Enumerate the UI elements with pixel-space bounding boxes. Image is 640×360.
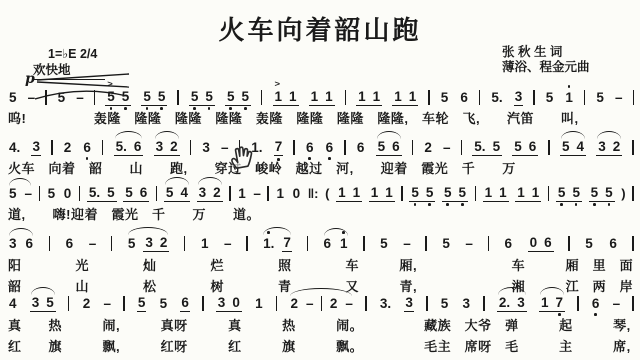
accent-mark: > — [107, 78, 113, 91]
barline — [488, 236, 489, 251]
notation-line: 5–505.55654321–10‖:(1111555511115555)道, … — [8, 183, 634, 223]
note: 2 — [159, 235, 169, 250]
note: 6 — [323, 236, 333, 251]
note: 3 — [217, 295, 227, 310]
slur-group: 532 — [127, 235, 170, 252]
note: 6 — [504, 236, 514, 251]
duration-dash: – — [345, 296, 353, 311]
barline — [633, 90, 634, 105]
barline — [632, 140, 633, 155]
barline — [345, 90, 346, 105]
note: 1 — [393, 89, 403, 104]
duration-dash: – — [443, 140, 451, 155]
note: 1 — [275, 186, 285, 201]
note: 4 — [179, 185, 189, 200]
duration-dash: – — [403, 236, 411, 251]
beam-group: 11 — [392, 89, 418, 106]
note: 5 — [240, 89, 250, 104]
beam-group: 11 — [336, 185, 362, 202]
note: 6 — [356, 140, 366, 155]
beam-group: 56 — [512, 139, 538, 156]
barline — [344, 140, 345, 155]
song-title: 火车向着韶山跑 — [0, 10, 640, 47]
barline — [49, 236, 50, 251]
note: 5 — [513, 139, 523, 154]
slur-group: 2–2– — [289, 296, 352, 311]
note: 1 — [372, 89, 382, 104]
note: 3 — [8, 236, 18, 251]
barline — [123, 296, 124, 311]
duration-dash: – — [28, 90, 36, 105]
beam-group: 55 — [442, 185, 468, 202]
note: 1 — [531, 185, 541, 200]
note: 5 — [584, 236, 594, 251]
note: 1 — [254, 296, 264, 311]
duration-dash: – — [465, 236, 473, 251]
note: 3 — [404, 295, 414, 312]
barline — [321, 296, 322, 311]
composer-credit: 薄浴、程金元曲 — [502, 60, 590, 75]
slur-group: 5– — [8, 186, 32, 201]
barline — [102, 140, 103, 155]
beam-group: 32 — [596, 139, 622, 156]
notation-row: 5–505.55654321–10‖:(1111555511115555) — [8, 183, 634, 203]
barline — [177, 90, 178, 105]
barline — [111, 236, 112, 251]
barline — [246, 236, 247, 251]
note: 7 — [282, 235, 292, 252]
note: 1 — [237, 186, 247, 201]
barline — [184, 236, 185, 251]
barline — [68, 296, 69, 311]
lyrics-line: 真 热 闹, 真呀 真 热 闹。 藏族 大爷 弹 起 琴, — [8, 317, 634, 334]
barline — [428, 90, 429, 105]
note: 6 — [608, 236, 618, 251]
barline — [202, 296, 203, 311]
note: 6 — [139, 185, 149, 200]
barline — [39, 186, 40, 201]
barline — [533, 90, 534, 105]
slur-group: 32 — [197, 185, 223, 202]
notation-line: 4.3265.6323–1.7666562–5.5565432火车 向着 韶 山… — [8, 137, 634, 177]
note: 6 — [65, 236, 75, 251]
barline — [461, 140, 462, 155]
note: 2 — [169, 139, 179, 154]
note: 1 — [288, 89, 298, 104]
note: 5. — [490, 90, 503, 105]
lyrics-line: 阳 光 灿 烂 照 车 厢, 车 厢 里 面 — [8, 257, 634, 274]
note: 5. — [473, 139, 486, 154]
note: 5 — [165, 185, 175, 200]
barline — [568, 236, 569, 251]
note: 1 — [324, 89, 334, 104]
slur-group: 35 — [30, 295, 56, 312]
slur-group: 32 — [154, 139, 180, 156]
rest-note: 0 — [63, 186, 73, 201]
beam-group: 30 — [216, 295, 242, 312]
barline — [577, 296, 578, 311]
note: 6 — [543, 235, 553, 250]
note: 1> — [274, 89, 284, 104]
note: 1 — [200, 236, 210, 251]
note: 5 — [8, 186, 18, 201]
barline — [267, 186, 268, 201]
note: 5 — [45, 295, 55, 310]
note: 6 — [25, 236, 35, 251]
note: 1 — [564, 90, 574, 105]
barline — [363, 236, 364, 251]
note: 7 — [274, 139, 284, 156]
beam-group: 55 — [589, 185, 615, 202]
note: 5 — [190, 89, 200, 104]
rest-note: 0 — [529, 235, 539, 250]
beam-group: 11 — [515, 185, 541, 202]
note: 5 — [571, 185, 581, 200]
note: 5 — [127, 236, 137, 251]
note: 5 — [561, 139, 571, 154]
dynamic-marking: p — [25, 71, 35, 87]
parenthesis: ) — [621, 186, 625, 201]
slur-group: 61 — [323, 236, 349, 251]
note: 5 — [226, 89, 236, 104]
barline — [365, 296, 366, 311]
duration-dash: – — [224, 236, 232, 251]
beam-group: 56 — [123, 185, 149, 202]
note: 2 — [63, 140, 73, 155]
beam-group: 55 — [225, 89, 251, 106]
barline — [401, 186, 402, 201]
duration-dash: – — [615, 90, 623, 105]
beam-group: 54 — [560, 139, 586, 156]
beam-group: 5.6 — [114, 139, 144, 156]
note: 7 — [554, 295, 564, 310]
barline — [475, 186, 476, 201]
note: 3 — [198, 185, 208, 200]
barline — [190, 140, 191, 155]
note: 6 — [459, 90, 469, 105]
note: 2 — [612, 139, 622, 154]
note: 5 — [443, 185, 453, 200]
note: 5 — [440, 90, 450, 105]
lyricist-credit: 张 秋 生 词 — [502, 45, 590, 60]
note: 3 — [597, 139, 607, 154]
beam-group: 55 — [556, 185, 582, 202]
note: 1 — [498, 185, 508, 200]
beam-group: 35 — [30, 295, 56, 312]
note: 5. — [115, 139, 128, 154]
note: 1 — [339, 236, 349, 251]
note: 6 — [180, 295, 190, 312]
beam-group: 54 — [164, 185, 190, 202]
slur-group: 56 — [376, 139, 402, 156]
duration-dash: – — [103, 296, 111, 311]
note: 6 — [591, 296, 601, 311]
lyrics-line: 道, 嗨!迎着 霞光 千 万 道。 — [8, 206, 634, 223]
beam-group: 32 — [154, 139, 180, 156]
note: 1 — [516, 185, 526, 200]
beam-group: 5.5 — [472, 139, 502, 156]
barline — [261, 90, 262, 105]
barline — [548, 186, 549, 201]
note: 5 — [121, 89, 131, 104]
barline — [632, 236, 633, 251]
barline — [483, 296, 484, 311]
note: 3. — [379, 296, 392, 311]
note: 5 — [8, 90, 18, 105]
notation-row: 4352–5563012–2–3.3532.3176– — [8, 293, 634, 313]
note: 5 — [458, 185, 468, 200]
rest-note: 0 — [231, 295, 241, 310]
barline — [426, 296, 427, 311]
note: 1 — [352, 185, 362, 200]
note: 2. — [498, 295, 511, 310]
note: 5 — [425, 185, 435, 200]
barline — [632, 186, 633, 201]
note: 3 — [31, 139, 41, 156]
duration-dash: – — [253, 186, 261, 201]
note: 5 — [137, 295, 147, 312]
slur-group: 54 — [164, 185, 190, 202]
note: 5 — [604, 185, 614, 200]
note: 6 — [305, 140, 315, 155]
duration-dash: – — [306, 296, 314, 311]
note: 3 — [144, 235, 154, 250]
note: 5 — [377, 139, 387, 154]
beam-group: 11 — [356, 89, 382, 106]
beam-group: 2.3 — [497, 295, 527, 312]
duration-dash: – — [89, 236, 97, 251]
duration-dash: – — [25, 186, 33, 201]
accent-mark: > — [275, 78, 281, 91]
note: 5 — [557, 185, 567, 200]
note: 3 — [201, 140, 211, 155]
note: 1 — [408, 89, 418, 104]
note: 6 — [133, 139, 143, 154]
note: 5 — [57, 90, 67, 105]
repeat-sign: ‖: — [308, 186, 319, 201]
rest-note: 0 — [292, 186, 302, 201]
note: 6 — [82, 140, 92, 155]
barline — [479, 90, 480, 105]
note: 4. — [8, 140, 21, 155]
barline — [412, 140, 413, 155]
barline — [94, 90, 95, 105]
note: 5 — [47, 186, 57, 201]
note: 5 — [590, 185, 600, 200]
parenthesis: ( — [325, 186, 329, 201]
sheet-music-page: 火车向着韶山跑 1=♭E 2/4 欢快地 p 张 秋 生 词 薄浴、程金元曲 5… — [0, 0, 640, 360]
slur-group: 2.3 — [497, 295, 527, 312]
note: 5 — [142, 89, 152, 104]
beam-group: 55 — [141, 89, 167, 106]
note: 1 — [384, 185, 394, 200]
slur-group: 36 — [8, 236, 34, 251]
barline — [584, 90, 585, 105]
note: 1 — [484, 185, 494, 200]
note: 1 — [540, 295, 550, 310]
note: 1 — [357, 89, 367, 104]
slur-group: 54 — [560, 139, 586, 156]
note: 3 — [31, 295, 41, 310]
note: 6 — [325, 140, 335, 155]
beam-group: 11 — [309, 89, 335, 106]
note: 5 — [492, 139, 502, 154]
note: 2 — [289, 296, 299, 311]
note: 3 — [155, 139, 165, 154]
beam-group: 1>1 — [273, 89, 299, 106]
hand-cursor-icon — [224, 139, 259, 174]
beam-group: 56 — [376, 139, 402, 156]
note: 5 — [441, 236, 451, 251]
beam-group: 17 — [539, 295, 565, 312]
lyrics-line: 红 旗 飘, 红呀 红 旗 飘。 毛主 席呀 毛 主 席, — [8, 338, 634, 355]
beam-group: 11 — [483, 185, 509, 202]
beam-group: 32 — [197, 185, 223, 202]
notation-row: 4.3265.6323–1.7666562–5.5565432 — [8, 137, 634, 157]
notation-line: 5–5–5>55555551>1111111565.3515–呜! 轰隆 隆隆 … — [8, 87, 634, 127]
beam-group: 55 — [189, 89, 215, 106]
barline — [45, 90, 46, 105]
note: 4 — [8, 296, 18, 311]
note: 6 — [528, 139, 538, 154]
note: 5 — [159, 296, 169, 311]
note: 1. — [262, 236, 275, 251]
lyrics-line: 火车 向着 韶 山 跑, 穿过 峻岭 越过 河, 迎着 霞光 千 万 — [8, 160, 634, 177]
note: 4 — [576, 139, 586, 154]
note: 5 — [157, 89, 167, 104]
note: 1 — [337, 185, 347, 200]
beam-group: 11 — [369, 185, 395, 202]
slur-group: 1.7 — [262, 235, 292, 252]
barline — [548, 140, 549, 155]
beam-group: 5>5 — [105, 89, 131, 106]
credits: 张 秋 生 词 薄浴、程金元曲 — [502, 45, 590, 75]
notation-line: 366–5321–1.7615–5–60656阳 光 灿 烂 照 车 厢, 车 … — [8, 233, 634, 295]
barline — [425, 236, 426, 251]
note: 5 — [106, 185, 116, 200]
note: 3 — [514, 89, 524, 106]
note: 5> — [106, 89, 116, 104]
notation-row: 366–5321–1.7615–5–60656 — [8, 233, 634, 253]
lyrics-line: 呜! 轰隆 隆隆 隆隆 隆隆 轰隆 隆隆 隆隆 隆隆, 车轮 飞, 汽笛 叫, — [8, 110, 634, 127]
duration-dash: – — [613, 296, 621, 311]
note: 5 — [124, 185, 134, 200]
barline — [307, 236, 308, 251]
barline — [79, 186, 80, 201]
barline — [156, 186, 157, 201]
note: 5. — [88, 185, 101, 200]
notation-line: 4352–5563012–2–3.3532.3176–真 热 闹, 真呀 真 热… — [8, 293, 634, 355]
note: 2 — [212, 185, 222, 200]
note: 1 — [370, 185, 380, 200]
beam-group: 5.5 — [87, 185, 117, 202]
note: 5 — [410, 185, 420, 200]
barline — [632, 296, 633, 311]
barline — [229, 186, 230, 201]
note: 2 — [329, 296, 339, 311]
note: 1 — [310, 89, 320, 104]
key-signature: 1=♭E 2/4 — [48, 46, 97, 61]
slur-group: 5.6 — [114, 139, 144, 156]
notation-row: 5–5–5>55555551>1111111565.3515– — [8, 87, 634, 107]
note: 5 — [545, 90, 555, 105]
note: 5 — [379, 236, 389, 251]
note: 5 — [440, 296, 450, 311]
note: 3 — [462, 296, 472, 311]
slur-group: 32 — [596, 139, 622, 156]
slur-group: 17 — [539, 295, 565, 312]
duration-dash: – — [76, 90, 84, 105]
barline — [51, 140, 52, 155]
note: 5 — [595, 90, 605, 105]
note: 5 — [204, 89, 214, 104]
note: 6 — [391, 139, 401, 154]
beam-group: 32 — [143, 235, 169, 252]
beam-group: 06 — [528, 235, 554, 252]
beam-group: 55 — [409, 185, 435, 202]
note: 2 — [423, 140, 433, 155]
barline — [276, 296, 277, 311]
note: 3 — [516, 295, 526, 310]
barline — [293, 140, 294, 155]
note: 2 — [82, 296, 92, 311]
